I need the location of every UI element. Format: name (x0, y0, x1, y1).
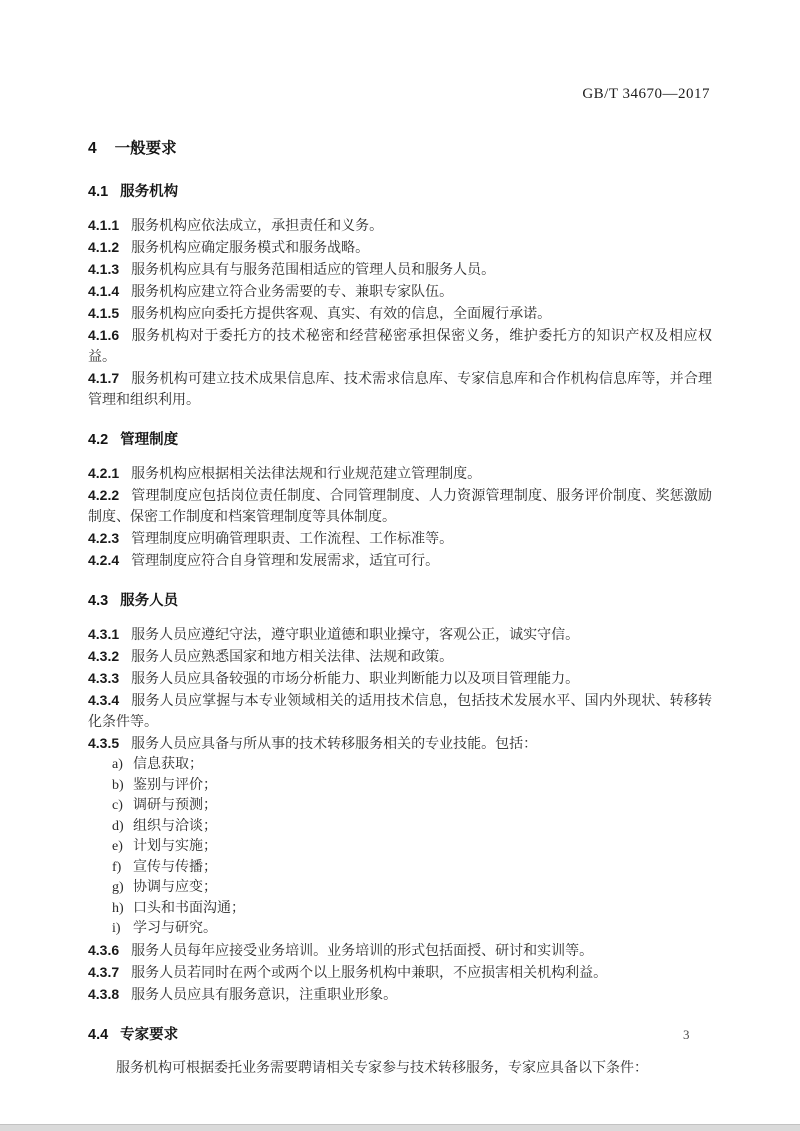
clause-text: 服务机构可建立技术成果信息库、技术需求信息库、专家信息库和合作机构信息库等，并合… (88, 372, 712, 408)
list-item-text: 鉴别与评价； (133, 778, 217, 793)
clause-text: 服务机构应确定服务模式和服务战略。 (131, 241, 369, 256)
clause-text: 服务机构应具有与服务范围相适应的管理人员和服务人员。 (131, 263, 495, 278)
list-item-label: a) (112, 755, 133, 776)
clause-number: 4.1.3 (88, 261, 119, 277)
clause-text: 服务人员每年应接受业务培训。业务培训的形式包括面授、研讨和实训等。 (131, 944, 593, 959)
clause: 4.3.1服务人员应遵纪守法，遵守职业道德和职业操守，客观公正，诚实守信。 (88, 624, 712, 646)
clause-number: 4.3.3 (88, 670, 119, 686)
clause: 4.1.3服务机构应具有与服务范围相适应的管理人员和服务人员。 (88, 259, 712, 281)
clause: 4.1.7服务机构可建立技术成果信息库、技术需求信息库、专家信息库和合作机构信息… (88, 368, 712, 411)
clause-number: 4.3.4 (88, 692, 119, 708)
clause-text: 服务人员应具备较强的市场分析能力、职业判断能力以及项目管理能力。 (131, 672, 579, 687)
document-page: { "page": { "standard_code": "GB/T 34670… (0, 0, 800, 1131)
clause: 4.3.2服务人员应熟悉国家和地方相关法律、法规和政策。 (88, 646, 712, 668)
list-item: h)口头和书面沟通； (88, 899, 712, 920)
clause-text: 管理制度应符合自身管理和发展需求，适宜可行。 (131, 554, 439, 569)
list-item-label: e) (112, 837, 133, 858)
clause-text: 服务人员应具备与所从事的技术转移服务相关的专业技能。包括： (131, 737, 537, 752)
list-item: c)调研与预测； (88, 796, 712, 817)
clause-text: 服务机构应建立符合业务需要的专、兼职专家队伍。 (131, 285, 453, 300)
list-item: f)宣传与传播； (88, 858, 712, 879)
clause-text: 服务机构应根据相关法律法规和行业规范建立管理制度。 (131, 467, 481, 482)
clause-number: 4.1.1 (88, 217, 119, 233)
heading-number: 4.3 (88, 593, 108, 609)
list-item-text: 学习与研究。 (133, 921, 217, 936)
heading-title: 一般要求 (115, 140, 177, 157)
list-item: d)组织与洽谈； (88, 817, 712, 838)
page-number: 3 (683, 1027, 690, 1043)
clause: 4.1.2服务机构应确定服务模式和服务战略。 (88, 237, 712, 259)
clause-number: 4.3.1 (88, 626, 119, 642)
clause-number: 4.1.4 (88, 283, 119, 299)
list-item-label: d) (112, 817, 133, 838)
clause-number: 4.2.3 (88, 530, 119, 546)
subsection-heading: 4.4专家要求 (88, 1027, 712, 1044)
list-item-text: 计划与实施； (133, 839, 217, 854)
section-heading: 4一般要求 (88, 140, 712, 158)
clause-text: 管理制度应包括岗位责任制度、合同管理制度、人力资源管理制度、服务评价制度、奖惩激… (88, 489, 712, 525)
clause-number: 4.2.4 (88, 552, 119, 568)
list-item: e)计划与实施； (88, 837, 712, 858)
heading-title: 服务人员 (120, 593, 178, 609)
heading-title: 服务机构 (120, 184, 178, 200)
clause: 4.1.1服务机构应依法成立，承担责任和义务。 (88, 215, 712, 237)
clause-number: 4.1.5 (88, 305, 119, 321)
subsection-heading: 4.2管理制度 (88, 432, 712, 449)
clause-number: 4.1.2 (88, 239, 119, 255)
clause-text: 管理制度应明确管理职责、工作流程、工作标准等。 (131, 532, 453, 547)
heading-title: 专家要求 (120, 1027, 178, 1043)
clause: 4.3.4服务人员应掌握与本专业领域相关的适用技术信息，包括技术发展水平、国内外… (88, 690, 712, 733)
clause: 4.3.8服务人员应具有服务意识，注重职业形象。 (88, 984, 712, 1006)
heading-number: 4.1 (88, 184, 108, 200)
list-item-text: 调研与预测； (133, 798, 217, 813)
clause-text: 服务机构应向委托方提供客观、真实、有效的信息，全面履行承诺。 (131, 307, 551, 322)
list-item-text: 宣传与传播； (133, 860, 217, 875)
list-item-text: 协调与应变； (133, 880, 217, 895)
clause-number: 4.3.8 (88, 986, 119, 1002)
subsection-heading: 4.1服务机构 (88, 184, 712, 201)
clause-number: 4.2.2 (88, 487, 119, 503)
clause-number: 4.3.5 (88, 735, 119, 751)
clause: 4.2.4管理制度应符合自身管理和发展需求，适宜可行。 (88, 550, 712, 572)
clause-text: 服务人员应遵纪守法，遵守职业道德和职业操守，客观公正，诚实守信。 (131, 628, 579, 643)
clause-number: 4.3.2 (88, 648, 119, 664)
clause: 4.1.5服务机构应向委托方提供客观、真实、有效的信息，全面履行承诺。 (88, 303, 712, 325)
clause-text: 服务人员应具有服务意识，注重职业形象。 (131, 988, 397, 1003)
subsection-heading: 4.3服务人员 (88, 593, 712, 610)
list-item-label: h) (112, 899, 133, 920)
clause-text: 服务机构对于委托方的技术秘密和经营秘密承担保密义务，维护委托方的知识产权及相应权… (88, 329, 712, 365)
clause-text: 服务人员若同时在两个或两个以上服务机构中兼职，不应损害相关机构利益。 (131, 966, 607, 981)
clause-number: 4.1.6 (88, 327, 119, 343)
heading-number: 4.2 (88, 432, 108, 448)
clause: 4.1.6服务机构对于委托方的技术秘密和经营秘密承担保密义务，维护委托方的知识产… (88, 325, 712, 368)
standard-code-header: GB/T 34670—2017 (582, 86, 710, 103)
list-item-text: 口头和书面沟通； (133, 901, 245, 916)
list-item: b)鉴别与评价； (88, 776, 712, 797)
list-item-label: c) (112, 796, 133, 817)
paragraph: 服务机构可根据委托业务需要聘请相关专家参与技术转移服务，专家应具备以下条件： (88, 1058, 712, 1079)
list-item-label: i) (112, 919, 133, 940)
document-body: 4一般要求4.1服务机构4.1.1服务机构应依法成立，承担责任和义务。4.1.2… (88, 140, 712, 1079)
list-item-text: 信息获取； (133, 757, 203, 772)
clause-text: 服务人员应熟悉国家和地方相关法律、法规和政策。 (131, 650, 453, 665)
clause-text: 服务机构应依法成立，承担责任和义务。 (131, 219, 383, 234)
list-item-label: f) (112, 858, 133, 879)
clause: 4.3.3服务人员应具备较强的市场分析能力、职业判断能力以及项目管理能力。 (88, 668, 712, 690)
list-item: i)学习与研究。 (88, 919, 712, 940)
heading-number: 4 (88, 140, 97, 157)
clause-number: 4.1.7 (88, 370, 119, 386)
clause-number: 4.3.6 (88, 942, 119, 958)
clause: 4.1.4服务机构应建立符合业务需要的专、兼职专家队伍。 (88, 281, 712, 303)
clause-number: 4.3.7 (88, 964, 119, 980)
clause: 4.3.7服务人员若同时在两个或两个以上服务机构中兼职，不应损害相关机构利益。 (88, 962, 712, 984)
clause: 4.2.1服务机构应根据相关法律法规和行业规范建立管理制度。 (88, 463, 712, 485)
clause: 4.3.6服务人员每年应接受业务培训。业务培训的形式包括面授、研讨和实训等。 (88, 940, 712, 962)
list-item-text: 组织与洽谈； (133, 819, 217, 834)
list-item-label: g) (112, 878, 133, 899)
clause: 4.2.2管理制度应包括岗位责任制度、合同管理制度、人力资源管理制度、服务评价制… (88, 485, 712, 528)
heading-title: 管理制度 (120, 432, 178, 448)
list-item-label: b) (112, 776, 133, 797)
list-item: a)信息获取； (88, 755, 712, 776)
page-bottom-edge (0, 1124, 800, 1131)
clause-text: 服务人员应掌握与本专业领域相关的适用技术信息，包括技术发展水平、国内外现状、转移… (88, 694, 712, 730)
heading-number: 4.4 (88, 1027, 108, 1043)
clause: 4.3.5服务人员应具备与所从事的技术转移服务相关的专业技能。包括： (88, 733, 712, 755)
clause-number: 4.2.1 (88, 465, 119, 481)
list-item: g)协调与应变； (88, 878, 712, 899)
clause: 4.2.3管理制度应明确管理职责、工作流程、工作标准等。 (88, 528, 712, 550)
